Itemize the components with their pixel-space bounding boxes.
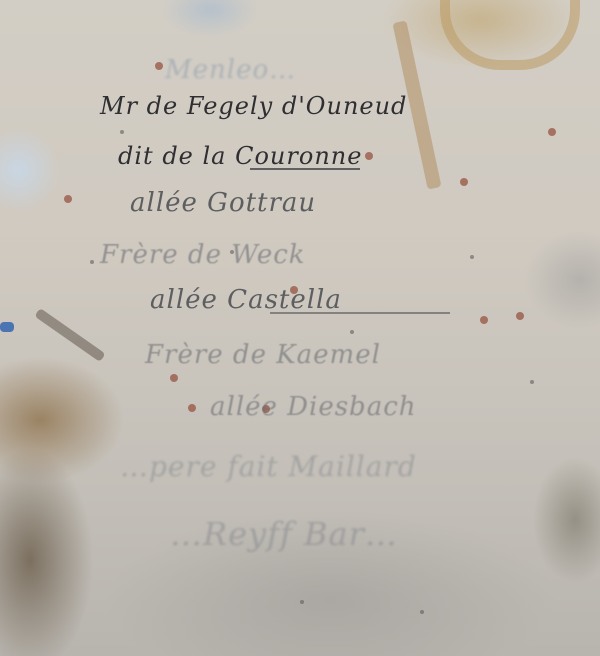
- dark-speck: [120, 130, 124, 134]
- underline: [250, 168, 360, 170]
- inscription-line-3: dit de la Couronne: [118, 142, 362, 170]
- weathered-wall-photo: Menleo… Mr de Fegely d'Ouneud dit de la …: [0, 0, 600, 656]
- inscription-line-2: Mr de Fegely d'Ouneud: [100, 92, 407, 120]
- rust-speck: [516, 312, 524, 320]
- inscription-line-1: Menleo…: [165, 55, 296, 85]
- dark-speck: [90, 260, 94, 264]
- rust-speck: [170, 374, 178, 382]
- rust-speck: [548, 128, 556, 136]
- dark-speck: [300, 600, 304, 604]
- dark-speck: [530, 380, 534, 384]
- rust-speck: [365, 152, 373, 160]
- rust-speck: [480, 316, 488, 324]
- rust-speck: [155, 62, 163, 70]
- rust-speck: [64, 195, 72, 203]
- dark-speck: [350, 330, 354, 334]
- dark-stain-stroke: [34, 308, 105, 362]
- underline: [270, 312, 450, 314]
- inscription-line-6: allée Castella: [150, 285, 342, 315]
- ochre-paint-arc: [440, 0, 580, 70]
- inscription-line-5: Frère de Weck: [100, 240, 306, 270]
- dark-speck: [420, 610, 424, 614]
- inscription-line-9: …pere fait Maillard: [120, 450, 417, 483]
- inscription-line-8: allée Diesbach: [210, 392, 417, 422]
- inscription-line-4: allée Gottrau: [130, 188, 316, 218]
- rust-speck: [460, 178, 468, 186]
- rust-speck: [188, 404, 196, 412]
- blue-paint-fleck: [0, 322, 14, 332]
- inscription-line-10: …Reyff Bar…: [170, 515, 398, 553]
- dark-speck: [470, 255, 474, 259]
- inscription-line-7: Frère de Kaemel: [145, 340, 381, 370]
